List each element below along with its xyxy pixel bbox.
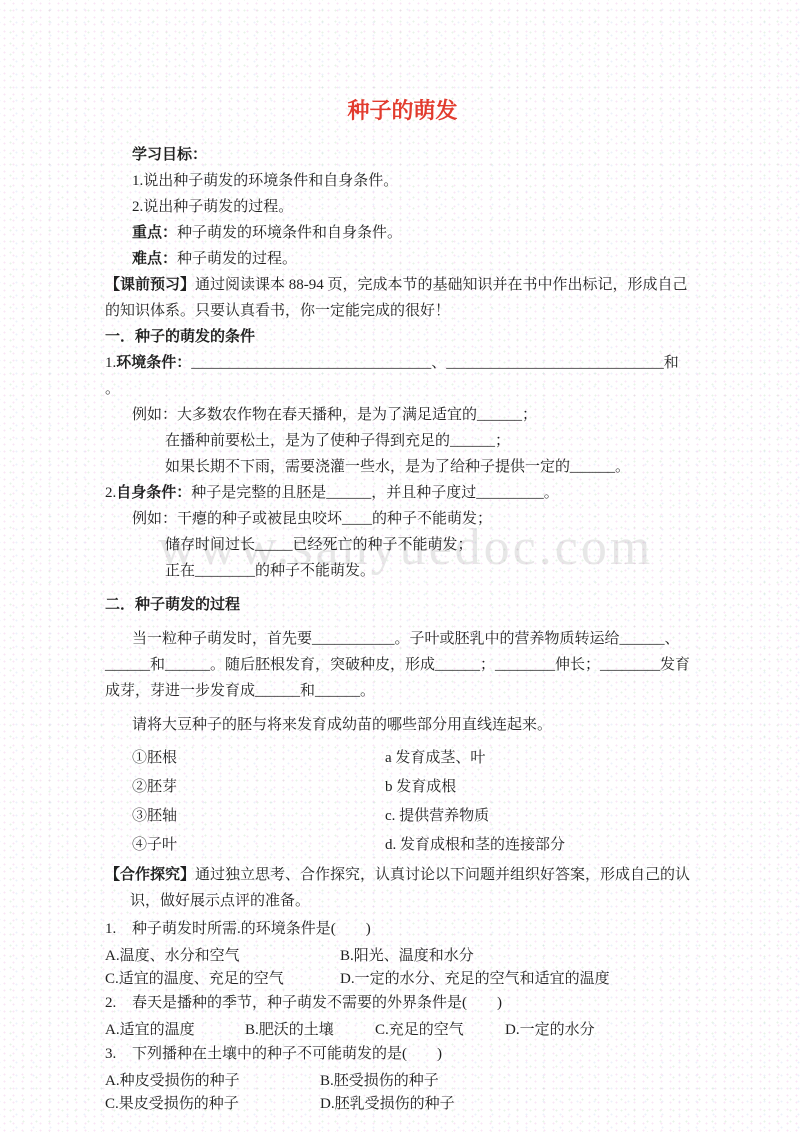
key-point-text: 种子萌发的环境条件和自身条件。 xyxy=(177,225,402,241)
key-point-line: 重点：种子萌发的环境条件和自身条件。 xyxy=(132,220,700,246)
match-right-b: b 发育成根 xyxy=(385,775,456,796)
self-label: 自身条件： xyxy=(116,485,191,501)
q1-option-a: A.温度、水分和空气 xyxy=(105,944,340,965)
question-2-options-row: A.适宜的温度 B.肥沃的土壤 C.充足的空气 D.一定的水分 xyxy=(105,1018,700,1039)
match-right-d: d. 发育成根和茎的连接部分 xyxy=(385,833,565,854)
q2-option-d: D.一定的水分 xyxy=(505,1018,595,1039)
question-3: 3.下列播种在土壤中的种子不可能萌发的是( ) xyxy=(105,1041,700,1067)
self-example-3: 正在________的种子不能萌发。 xyxy=(165,558,700,584)
question-3-number: 3. xyxy=(105,1041,132,1067)
question-1: 1.种子萌发时所需.的环境条件是( ) xyxy=(105,916,700,942)
preview-paragraph: 【课前预习】通过阅读课本 88-94 页，完成本节的基础知识并在书中作出标记，形… xyxy=(105,272,700,324)
document-content: 种子的萌发 学习目标： 1.说出种子萌发的环境条件和自身条件。 2.说出种子萌发… xyxy=(105,96,700,1113)
process-paragraph-line-2: ______和______。随后胚根发育，突破种皮，形成______；_____… xyxy=(105,652,700,678)
match-right-a: a 发育成茎、叶 xyxy=(385,746,485,767)
question-3-options-row-2: C.果皮受损伤的种子 D.胚乳受损伤的种子 xyxy=(105,1092,700,1113)
question-3-options-row-1: A.种皮受损伤的种子 B.胚受损伤的种子 xyxy=(105,1069,700,1090)
self-example-2: 储存时间过长_____已经死亡的种子不能萌发； xyxy=(165,532,700,558)
match-left-2: ②胚芽 xyxy=(132,775,385,796)
self-conditions-line: 2.自身条件：种子是完整的且胚是______，并且种子度过_________。 xyxy=(105,480,700,506)
q1-option-c: C.适宜的温度、充足的空气 xyxy=(105,967,340,988)
explore-tag: 【合作探究】 xyxy=(105,867,195,883)
env-number: 1. xyxy=(105,355,116,371)
question-2: 2.春天是播种的季节，种子萌发不需要的外界条件是( ) xyxy=(105,990,700,1016)
env-wrap-line: 。 xyxy=(105,376,700,402)
question-1-text: 种子萌发时所需.的环境条件是( ) xyxy=(132,921,371,937)
q3-option-a: A.种皮受损伤的种子 xyxy=(105,1069,320,1090)
process-paragraph-line-1: 当一粒种子萌发时，首先要___________。子叶或胚乳中的营养物质转运给__… xyxy=(132,626,700,652)
section1-heading: 一．种子的萌发的条件 xyxy=(105,324,700,350)
self-number: 2. xyxy=(105,485,116,501)
env-conditions-line: 1.环境条件：________________________________、… xyxy=(105,350,700,376)
match-intro: 请将大豆种子的胚与将来发育成幼苗的哪些部分用直线连起来。 xyxy=(132,712,700,738)
difficult-point-label: 难点： xyxy=(132,251,177,267)
q2-option-b: B.肥沃的土壤 xyxy=(245,1018,375,1039)
env-example-3: 如果长期不下雨，需要浇灌一些水，是为了给种子提供一定的______。 xyxy=(165,454,700,480)
difficult-point-line: 难点：种子萌发的过程。 xyxy=(132,246,700,272)
q3-option-b: B.胚受损伤的种子 xyxy=(320,1069,439,1090)
question-3-text: 下列播种在土壤中的种子不可能萌发的是( ) xyxy=(132,1046,442,1062)
self-rest: 种子是完整的且胚是______，并且种子度过_________。 xyxy=(191,485,559,501)
key-point-label: 重点： xyxy=(132,225,177,241)
question-2-number: 2. xyxy=(105,990,132,1016)
match-left-3: ③胚轴 xyxy=(132,804,385,825)
match-row-4: ④子叶 d. 发育成根和茎的连接部分 xyxy=(132,833,700,854)
q2-option-c: C.充足的空气 xyxy=(375,1018,505,1039)
match-left-1: ①胚根 xyxy=(132,746,385,767)
match-row-1: ①胚根 a 发育成茎、叶 xyxy=(132,746,700,767)
process-paragraph-line-3: 成芽，芽进一步发育成______和______。 xyxy=(105,678,700,704)
question-2-text: 春天是播种的季节，种子萌发不需要的外界条件是( ) xyxy=(132,995,502,1011)
q2-option-a: A.适宜的温度 xyxy=(105,1018,245,1039)
match-left-4: ④子叶 xyxy=(132,833,385,854)
question-1-options-row-1: A.温度、水分和空气 B.阳光、温度和水分 xyxy=(105,944,700,965)
self-example-1: 例如：干瘪的种子或被昆虫咬坏____的种子不能萌发； xyxy=(132,506,700,532)
section2-heading: 二．种子萌发的过程 xyxy=(105,592,700,618)
env-label: 环境条件： xyxy=(116,355,191,371)
page-title: 种子的萌发 xyxy=(105,96,700,126)
question-1-number: 1. xyxy=(105,916,132,942)
explore-paragraph: 【合作探究】通过独立思考、合作探究，认真讨论以下问题并组织好答案，形成自己的认识… xyxy=(105,862,700,914)
match-row-2: ②胚芽 b 发育成根 xyxy=(132,775,700,796)
preview-tag: 【课前预习】 xyxy=(105,277,195,293)
match-right-c: c. 提供营养物质 xyxy=(385,804,489,825)
explore-text: 通过独立思考、合作探究，认真讨论以下问题并组织好答案，形成自己的认识，做好展示点… xyxy=(130,867,690,909)
q1-option-b: B.阳光、温度和水分 xyxy=(340,944,474,965)
objective-item-2: 2.说出种子萌发的过程。 xyxy=(132,194,700,220)
objectives-heading: 学习目标： xyxy=(132,142,700,168)
env-example-2: 在播种前要松土，是为了使种子得到充足的______； xyxy=(165,428,700,454)
objective-item-1: 1.说出种子萌发的环境条件和自身条件。 xyxy=(132,168,700,194)
q1-option-d: D.一定的水分、充足的空气和适宜的温度 xyxy=(340,967,610,988)
q3-option-c: C.果皮受损伤的种子 xyxy=(105,1092,320,1113)
match-row-3: ③胚轴 c. 提供营养物质 xyxy=(132,804,700,825)
difficult-point-text: 种子萌发的过程。 xyxy=(177,251,297,267)
q3-option-d: D.胚乳受损伤的种子 xyxy=(320,1092,455,1113)
worksheet-page: www.sanyuedoc.com 种子的萌发 学习目标： 1.说出种子萌发的环… xyxy=(0,0,800,1132)
env-blanks: ________________________________、_______… xyxy=(191,355,679,371)
env-example-1: 例如：大多数农作物在春天播种，是为了满足适宜的______； xyxy=(132,402,700,428)
question-1-options-row-2: C.适宜的温度、充足的空气 D.一定的水分、充足的空气和适宜的温度 xyxy=(105,967,700,988)
